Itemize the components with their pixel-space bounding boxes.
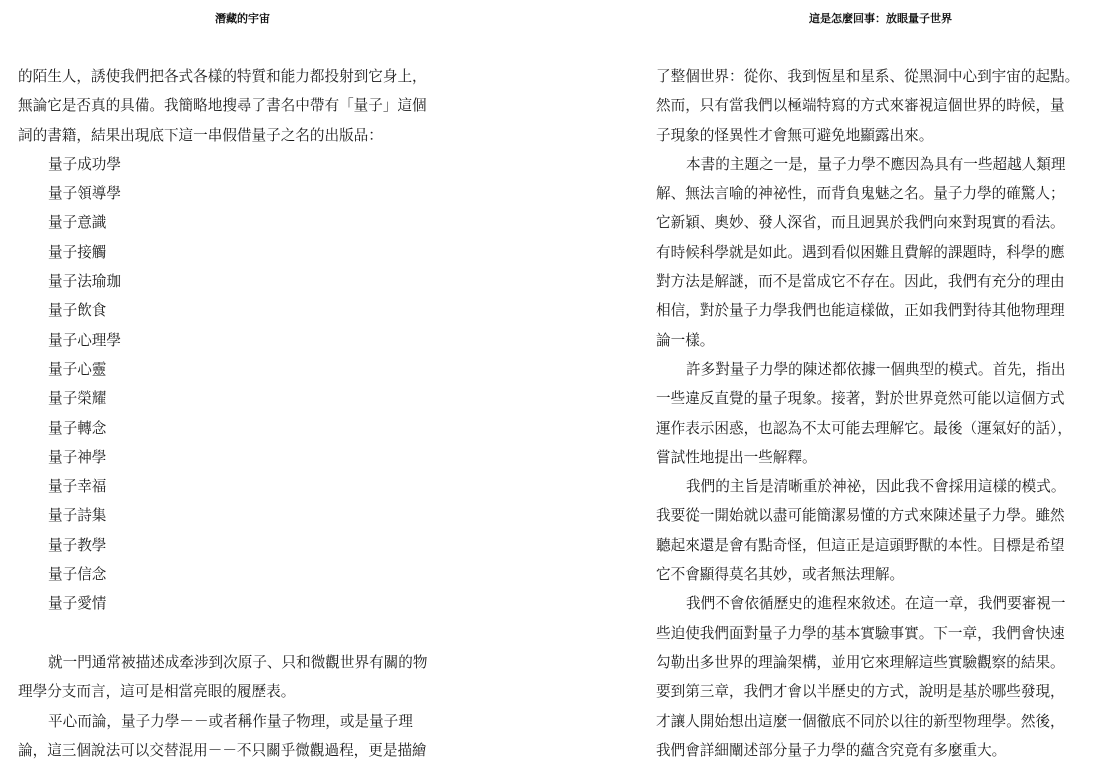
- right-page: 這是怎麼回事：放眼量子世界 了整個世界：從你、我到恆星和星系、從黑洞中心到宇宙的…: [555, 0, 1110, 759]
- text-line: 平心而論，量子力學－－或者稱作量子物理，或是量子理: [18, 707, 460, 736]
- text-line: 我們不會依循歷史的進程來敘述。在這一章，我們要審視一: [656, 589, 1098, 618]
- list-item: 量子愛情: [18, 589, 460, 618]
- list-item: 量子心靈: [18, 355, 460, 384]
- paragraph: 許多對量子力學的陳述都依據一個典型的模式。首先，指出 一些違反直覺的量子現象。接…: [656, 355, 1098, 472]
- book-title-list: 量子成功學 量子領導學 量子意識 量子接觸 量子法瑜珈 量子飲食 量子心理學 量…: [18, 150, 460, 619]
- text-line: 的陌生人，誘使我們把各式各樣的特質和能力都投射到它身上，: [18, 62, 460, 91]
- text-line: 嘗試性地提出一些解釋。: [656, 443, 1098, 472]
- left-page-body: 的陌生人，誘使我們把各式各樣的特質和能力都投射到它身上， 無論它是否真的具備。我…: [18, 62, 460, 759]
- text-line: 些迫使我們面對量子力學的基本實驗事實。下一章，我們會快速: [656, 619, 1098, 648]
- list-item: 量子神學: [18, 443, 460, 472]
- text-line: 了整個世界：從你、我到恆星和星系、從黑洞中心到宇宙的起點。: [656, 62, 1098, 91]
- text-line: 它新穎、奧妙、發人深省，而且迥異於我們向來對現實的看法。: [656, 208, 1098, 237]
- paragraph: 平心而論，量子力學－－或者稱作量子物理，或是量子理 論，這三個說法可以交替混用－…: [18, 707, 460, 759]
- text-line: 就一門通常被描述成牽涉到次原子、只和微觀世界有關的物: [18, 648, 460, 677]
- blank-line: [18, 619, 460, 648]
- text-line: 論，這三個說法可以交替混用－－不只關乎微觀過程，更是描繪: [18, 736, 460, 759]
- text-line: 子現象的怪異性才會無可避免地顯露出來。: [656, 121, 1098, 150]
- paragraph: 本書的主題之一是，量子力學不應因為具有一些超越人類理 解、無法言喻的神祕性，而背…: [656, 150, 1098, 355]
- list-item: 量子心理學: [18, 326, 460, 355]
- text-line: 一些違反直覺的量子現象。接著，對於世界竟然可能以這個方式: [656, 384, 1098, 413]
- text-line: 解、無法言喻的神祕性，而背負鬼魅之名。量子力學的確驚人；: [656, 179, 1098, 208]
- list-item: 量子幸福: [18, 472, 460, 501]
- text-line: 它不會顯得莫名其妙，或者無法理解。: [656, 560, 1098, 589]
- running-head-right: 這是怎麼回事：放眼量子世界: [555, 10, 1110, 26]
- list-item: 量子詩集: [18, 501, 460, 530]
- list-item: 量子榮耀: [18, 384, 460, 413]
- text-line: 才讓人開始想出這麼一個徹底不同於以往的新型物理學。然後，: [656, 707, 1098, 736]
- paragraph: 我們不會依循歷史的進程來敘述。在這一章，我們要審視一 些迫使我們面對量子力學的基…: [656, 589, 1098, 759]
- text-line: 然而，只有當我們以極端特寫的方式來審視這個世界的時候，量: [656, 91, 1098, 120]
- list-item: 量子接觸: [18, 238, 460, 267]
- list-item: 量子轉念: [18, 414, 460, 443]
- text-line: 本書的主題之一是，量子力學不應因為具有一些超越人類理: [656, 150, 1098, 179]
- text-line: 聽起來還是會有點奇怪，但這正是這頭野獸的本性。目標是希望: [656, 531, 1098, 560]
- text-line: 對方法是解謎，而不是當成它不存在。因此，我們有充分的理由: [656, 267, 1098, 296]
- text-line: 無論它是否真的具備。我簡略地搜尋了書名中帶有「量子」這個: [18, 91, 460, 120]
- running-head-left: 潛藏的宇宙: [0, 10, 555, 26]
- text-line: 相信，對於量子力學我們也能這樣做，正如我們對待其他物理理: [656, 296, 1098, 325]
- list-item: 量子飲食: [18, 296, 460, 325]
- text-line: 我們會詳細闡述部分量子力學的蘊含究竟有多麼重大。: [656, 736, 1098, 759]
- right-page-body: 了整個世界：從你、我到恆星和星系、從黑洞中心到宇宙的起點。 然而，只有當我們以極…: [656, 62, 1098, 759]
- text-line: 我們的主旨是清晰重於神祕，因此我不會採用這樣的模式。: [656, 472, 1098, 501]
- text-line: 要到第三章，我們才會以半歷史的方式，說明是基於哪些發現，: [656, 677, 1098, 706]
- list-item: 量子成功學: [18, 150, 460, 179]
- paragraph: 就一門通常被描述成牽涉到次原子、只和微觀世界有關的物 理學分支而言，這可是相當亮…: [18, 648, 460, 707]
- text-line: 我要從一開始就以盡可能簡潔易懂的方式來陳述量子力學。雖然: [656, 501, 1098, 530]
- left-page: 潛藏的宇宙 的陌生人，誘使我們把各式各樣的特質和能力都投射到它身上， 無論它是否…: [0, 0, 555, 759]
- list-item: 量子意識: [18, 208, 460, 237]
- text-line: 運作表示困惑，也認為不太可能去理解它。最後（運氣好的話），: [656, 414, 1098, 443]
- text-line: 許多對量子力學的陳述都依據一個典型的模式。首先，指出: [656, 355, 1098, 384]
- list-item: 量子信念: [18, 560, 460, 589]
- text-line: 詞的書籍，結果出現底下這一串假借量子之名的出版品：: [18, 121, 460, 150]
- paragraph: 我們的主旨是清晰重於神祕，因此我不會採用這樣的模式。 我要從一開始就以盡可能簡潔…: [656, 472, 1098, 589]
- text-line: 理學分支而言，這可是相當亮眼的履歷表。: [18, 677, 460, 706]
- list-item: 量子領導學: [18, 179, 460, 208]
- text-line: 有時候科學就是如此。遇到看似困難且費解的課題時，科學的應: [656, 238, 1098, 267]
- text-line: 勾勒出多世界的理論架構，並用它來理解這些實驗觀察的結果。: [656, 648, 1098, 677]
- list-item: 量子教學: [18, 531, 460, 560]
- text-line: 論一樣。: [656, 326, 1098, 355]
- paragraph: 了整個世界：從你、我到恆星和星系、從黑洞中心到宇宙的起點。 然而，只有當我們以極…: [656, 62, 1098, 150]
- list-item: 量子法瑜珈: [18, 267, 460, 296]
